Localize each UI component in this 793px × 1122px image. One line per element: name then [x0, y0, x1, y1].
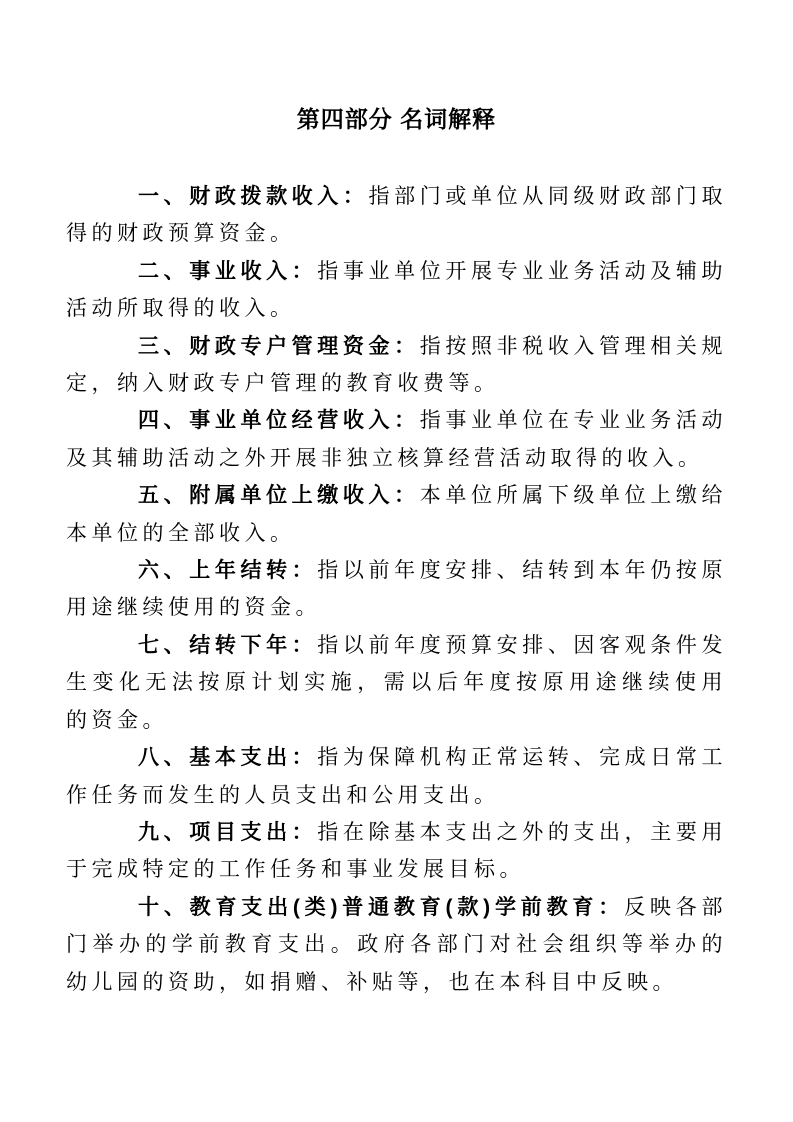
term-paragraph: 一、财政拨款收入：指部门或单位从同级财政部门取得的财政预算资金。 — [66, 178, 727, 253]
term-paragraph: 六、上年结转：指以前年度安排、结转到本年仍按原用途继续使用的资金。 — [66, 552, 727, 627]
term-label: 九、项目支出： — [138, 821, 317, 844]
term-label: 三、财政专户管理资金： — [138, 335, 420, 358]
term-label: 七、结转下年： — [138, 634, 317, 657]
term-paragraph: 二、事业收入：指事业单位开展专业业务活动及辅助活动所取得的收入。 — [66, 253, 727, 328]
term-paragraph: 四、事业单位经营收入：指事业单位在专业业务活动及其辅助活动之外开展非独立核算经营… — [66, 402, 727, 477]
term-paragraph: 十、教育支出(类)普通教育(款)学前教育：反映各部门举办的学前教育支出。政府各部… — [66, 889, 727, 1001]
term-label: 二、事业收入： — [138, 260, 317, 283]
term-paragraph: 七、结转下年：指以前年度预算安排、因客观条件发生变化无法按原计划实施，需以后年度… — [66, 627, 727, 739]
term-paragraph: 五、附属单位上缴收入：本单位所属下级单位上缴给本单位的全部收入。 — [66, 477, 727, 552]
term-label: 五、附属单位上缴收入： — [138, 484, 420, 507]
term-paragraph: 三、财政专户管理资金：指按照非税收入管理相关规定，纳入财政专户管理的教育收费等。 — [66, 328, 727, 403]
document-title: 第四部分 名词解释 — [66, 104, 727, 134]
document-page: 第四部分 名词解释 一、财政拨款收入：指部门或单位从同级财政部门取得的财政预算资… — [0, 0, 793, 1122]
term-paragraph: 八、基本支出：指为保障机构正常运转、完成日常工作任务而发生的人员支出和公用支出。 — [66, 739, 727, 814]
term-label: 一、财政拨款收入： — [138, 185, 369, 208]
term-label: 十、教育支出(类)普通教育(款)学前教育： — [138, 896, 624, 919]
term-paragraph: 九、项目支出：指在除基本支出之外的支出，主要用于完成特定的工作任务和事业发展目标… — [66, 814, 727, 889]
term-label: 八、基本支出： — [138, 746, 317, 769]
term-label: 四、事业单位经营收入： — [138, 409, 420, 432]
terms-list: 一、财政拨款收入：指部门或单位从同级财政部门取得的财政预算资金。 二、事业收入：… — [66, 178, 727, 1001]
term-label: 六、上年结转： — [138, 559, 317, 582]
